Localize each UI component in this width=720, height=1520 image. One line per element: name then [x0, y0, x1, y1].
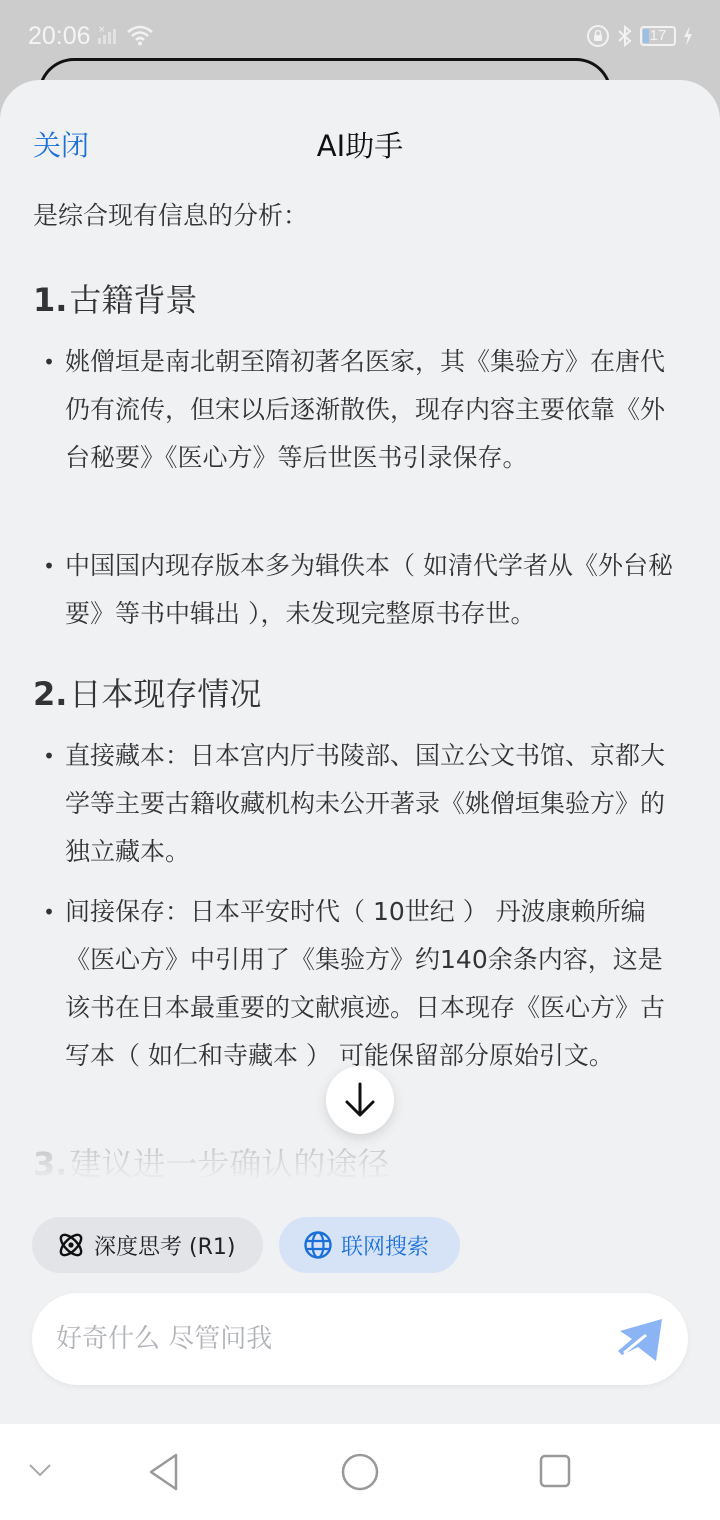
svg-text:×: × — [98, 25, 106, 35]
page-title: AI助手 — [0, 124, 720, 165]
section-heading-2: 2.日本现存情况 — [33, 674, 261, 714]
send-icon[interactable] — [616, 1317, 664, 1363]
charging-icon — [682, 25, 694, 47]
home-icon[interactable] — [340, 1452, 380, 1492]
list-item: • 姚僧垣是南北朝至隋初著名医家，其《集验方》在唐代仍有流传，但宋以后逐渐散佚，… — [33, 338, 683, 482]
intro-text: 是综合现有信息的分析： — [33, 200, 308, 232]
bullet-icon: • — [33, 732, 65, 780]
list-item: • 间接保存：日本平安时代（ 10世纪 ） 丹波康赖所编《医心方》中引用了《集验… — [33, 888, 683, 1080]
bullet-icon: • — [33, 542, 65, 590]
bullet-icon: • — [33, 888, 65, 936]
chat-response[interactable]: 是综合现有信息的分析： 1.古籍背景 • 姚僧垣是南北朝至隋初著名医家，其《集验… — [0, 200, 720, 1210]
section-heading-1: 1.古籍背景 — [33, 280, 197, 320]
atom-icon — [56, 1230, 86, 1260]
scroll-to-bottom-button[interactable] — [326, 1066, 394, 1134]
list-item: • 中国国内现存版本多为辑佚本（ 如清代学者从《外台秘要》等书中辑出 ），未发现… — [33, 542, 683, 638]
system-nav-bar — [0, 1424, 720, 1520]
arrow-down-icon — [343, 1081, 377, 1119]
deep-think-toggle[interactable]: 深度思考 (R1) — [32, 1217, 263, 1273]
mode-chips: 深度思考 (R1) 联网搜索 — [32, 1217, 460, 1273]
deep-think-label: 深度思考 (R1) — [94, 1230, 235, 1261]
web-search-label: 联网搜索 — [341, 1230, 429, 1261]
battery-icon: 17 — [640, 26, 676, 46]
bluetooth-icon — [616, 24, 634, 48]
wifi-icon — [126, 24, 154, 46]
globe-icon — [303, 1230, 333, 1260]
message-input-container — [32, 1293, 688, 1385]
bullet-icon: • — [33, 338, 65, 386]
list-item: • 直接藏本：日本宫内厅书陵部、国立公文书馆、京都大学等主要古籍收藏机构未公开著… — [33, 732, 683, 876]
ai-assistant-sheet: 关闭 AI助手 是综合现有信息的分析： 1.古籍背景 • 姚僧垣是南北朝至隋初著… — [0, 80, 720, 1424]
lock-rotation-icon — [586, 24, 610, 48]
chevron-down-icon[interactable] — [28, 1462, 52, 1478]
sheet-header: 关闭 AI助手 — [0, 80, 720, 200]
battery-level: 17 — [650, 27, 667, 44]
signal-icon: × — [96, 24, 120, 46]
recents-icon[interactable] — [538, 1452, 572, 1492]
back-icon[interactable] — [146, 1452, 182, 1492]
status-time: 20:06 — [28, 22, 91, 51]
web-search-toggle[interactable]: 联网搜索 — [279, 1217, 460, 1273]
message-input[interactable] — [56, 1293, 596, 1385]
